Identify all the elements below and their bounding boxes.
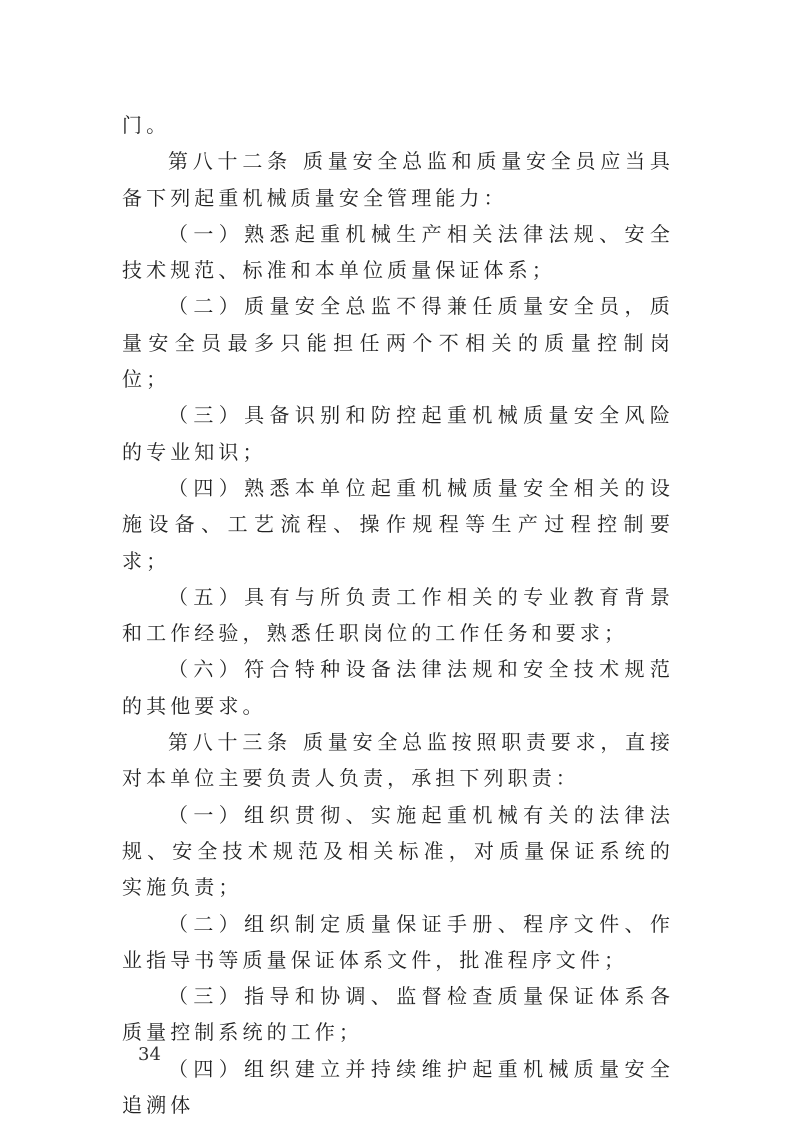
page-number: 34 <box>138 1044 161 1065</box>
document-body: 门。 第八十二条 质量安全总监和质量安全员应当具备下列起重机械质量安全管理能力：… <box>122 107 674 1122</box>
article-82-heading: 第八十二条 质量安全总监和质量安全员应当具备下列起重机械质量安全管理能力： <box>122 143 674 216</box>
article-82-item-4: （四）熟悉本单位起重机械质量安全相关的设施设备、工艺流程、操作规程等生产过程控制… <box>122 470 674 579</box>
article-83-item-4: （四）组织建立并持续维护起重机械质量安全追溯体 <box>122 1051 674 1122</box>
article-82-item-1: （一）熟悉起重机械生产相关法律法规、安全技术规范、标准和本单位质量保证体系； <box>122 216 674 289</box>
article-83-item-1: （一）组织贯彻、实施起重机械有关的法律法规、安全技术规范及相关标准，对质量保证系… <box>122 797 674 906</box>
paragraph-continuation: 门。 <box>122 107 674 143</box>
article-82-item-6: （六）符合特种设备法律法规和安全技术规范的其他要求。 <box>122 651 674 724</box>
article-82-item-2: （二）质量安全总监不得兼任质量安全员，质量安全员最多只能担任两个不相关的质量控制… <box>122 288 674 397</box>
article-82-item-3: （三）具备识别和防控起重机械质量安全风险的专业知识； <box>122 397 674 470</box>
article-83-heading: 第八十三条 质量安全总监按照职责要求，直接对本单位主要负责人负责，承担下列职责： <box>122 724 674 797</box>
article-83-item-2: （二）组织制定质量保证手册、程序文件、作业指导书等质量保证体系文件，批准程序文件… <box>122 906 674 979</box>
article-82-item-5: （五）具有与所负责工作相关的专业教育背景和工作经验，熟悉任职岗位的工作任务和要求… <box>122 579 674 652</box>
article-83-item-3: （三）指导和协调、监督检查质量保证体系各质量控制系统的工作； <box>122 978 674 1051</box>
